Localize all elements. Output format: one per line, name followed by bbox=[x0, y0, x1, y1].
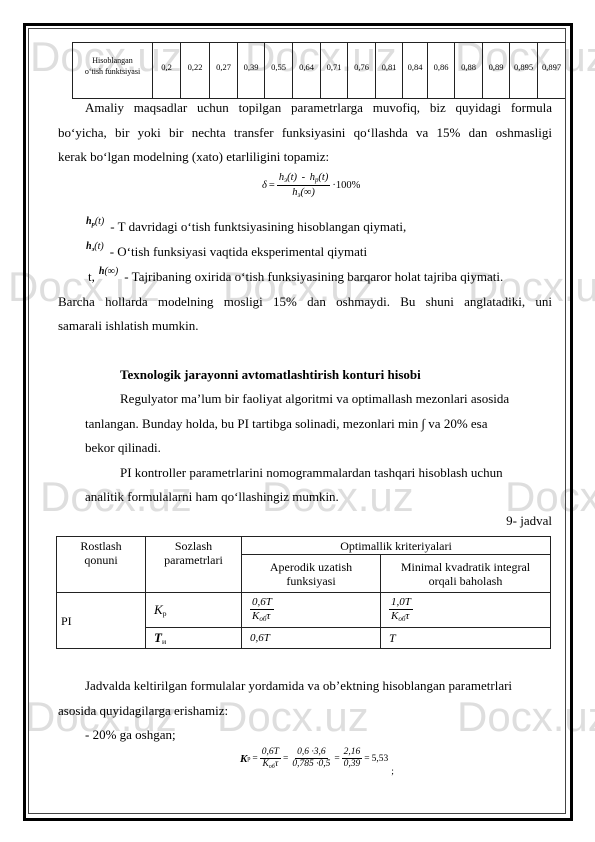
page-border-inner bbox=[28, 28, 566, 814]
document-page: Docx.uz Docx.uz Docx.uz Docx.uz Docx.uz … bbox=[0, 0, 595, 842]
